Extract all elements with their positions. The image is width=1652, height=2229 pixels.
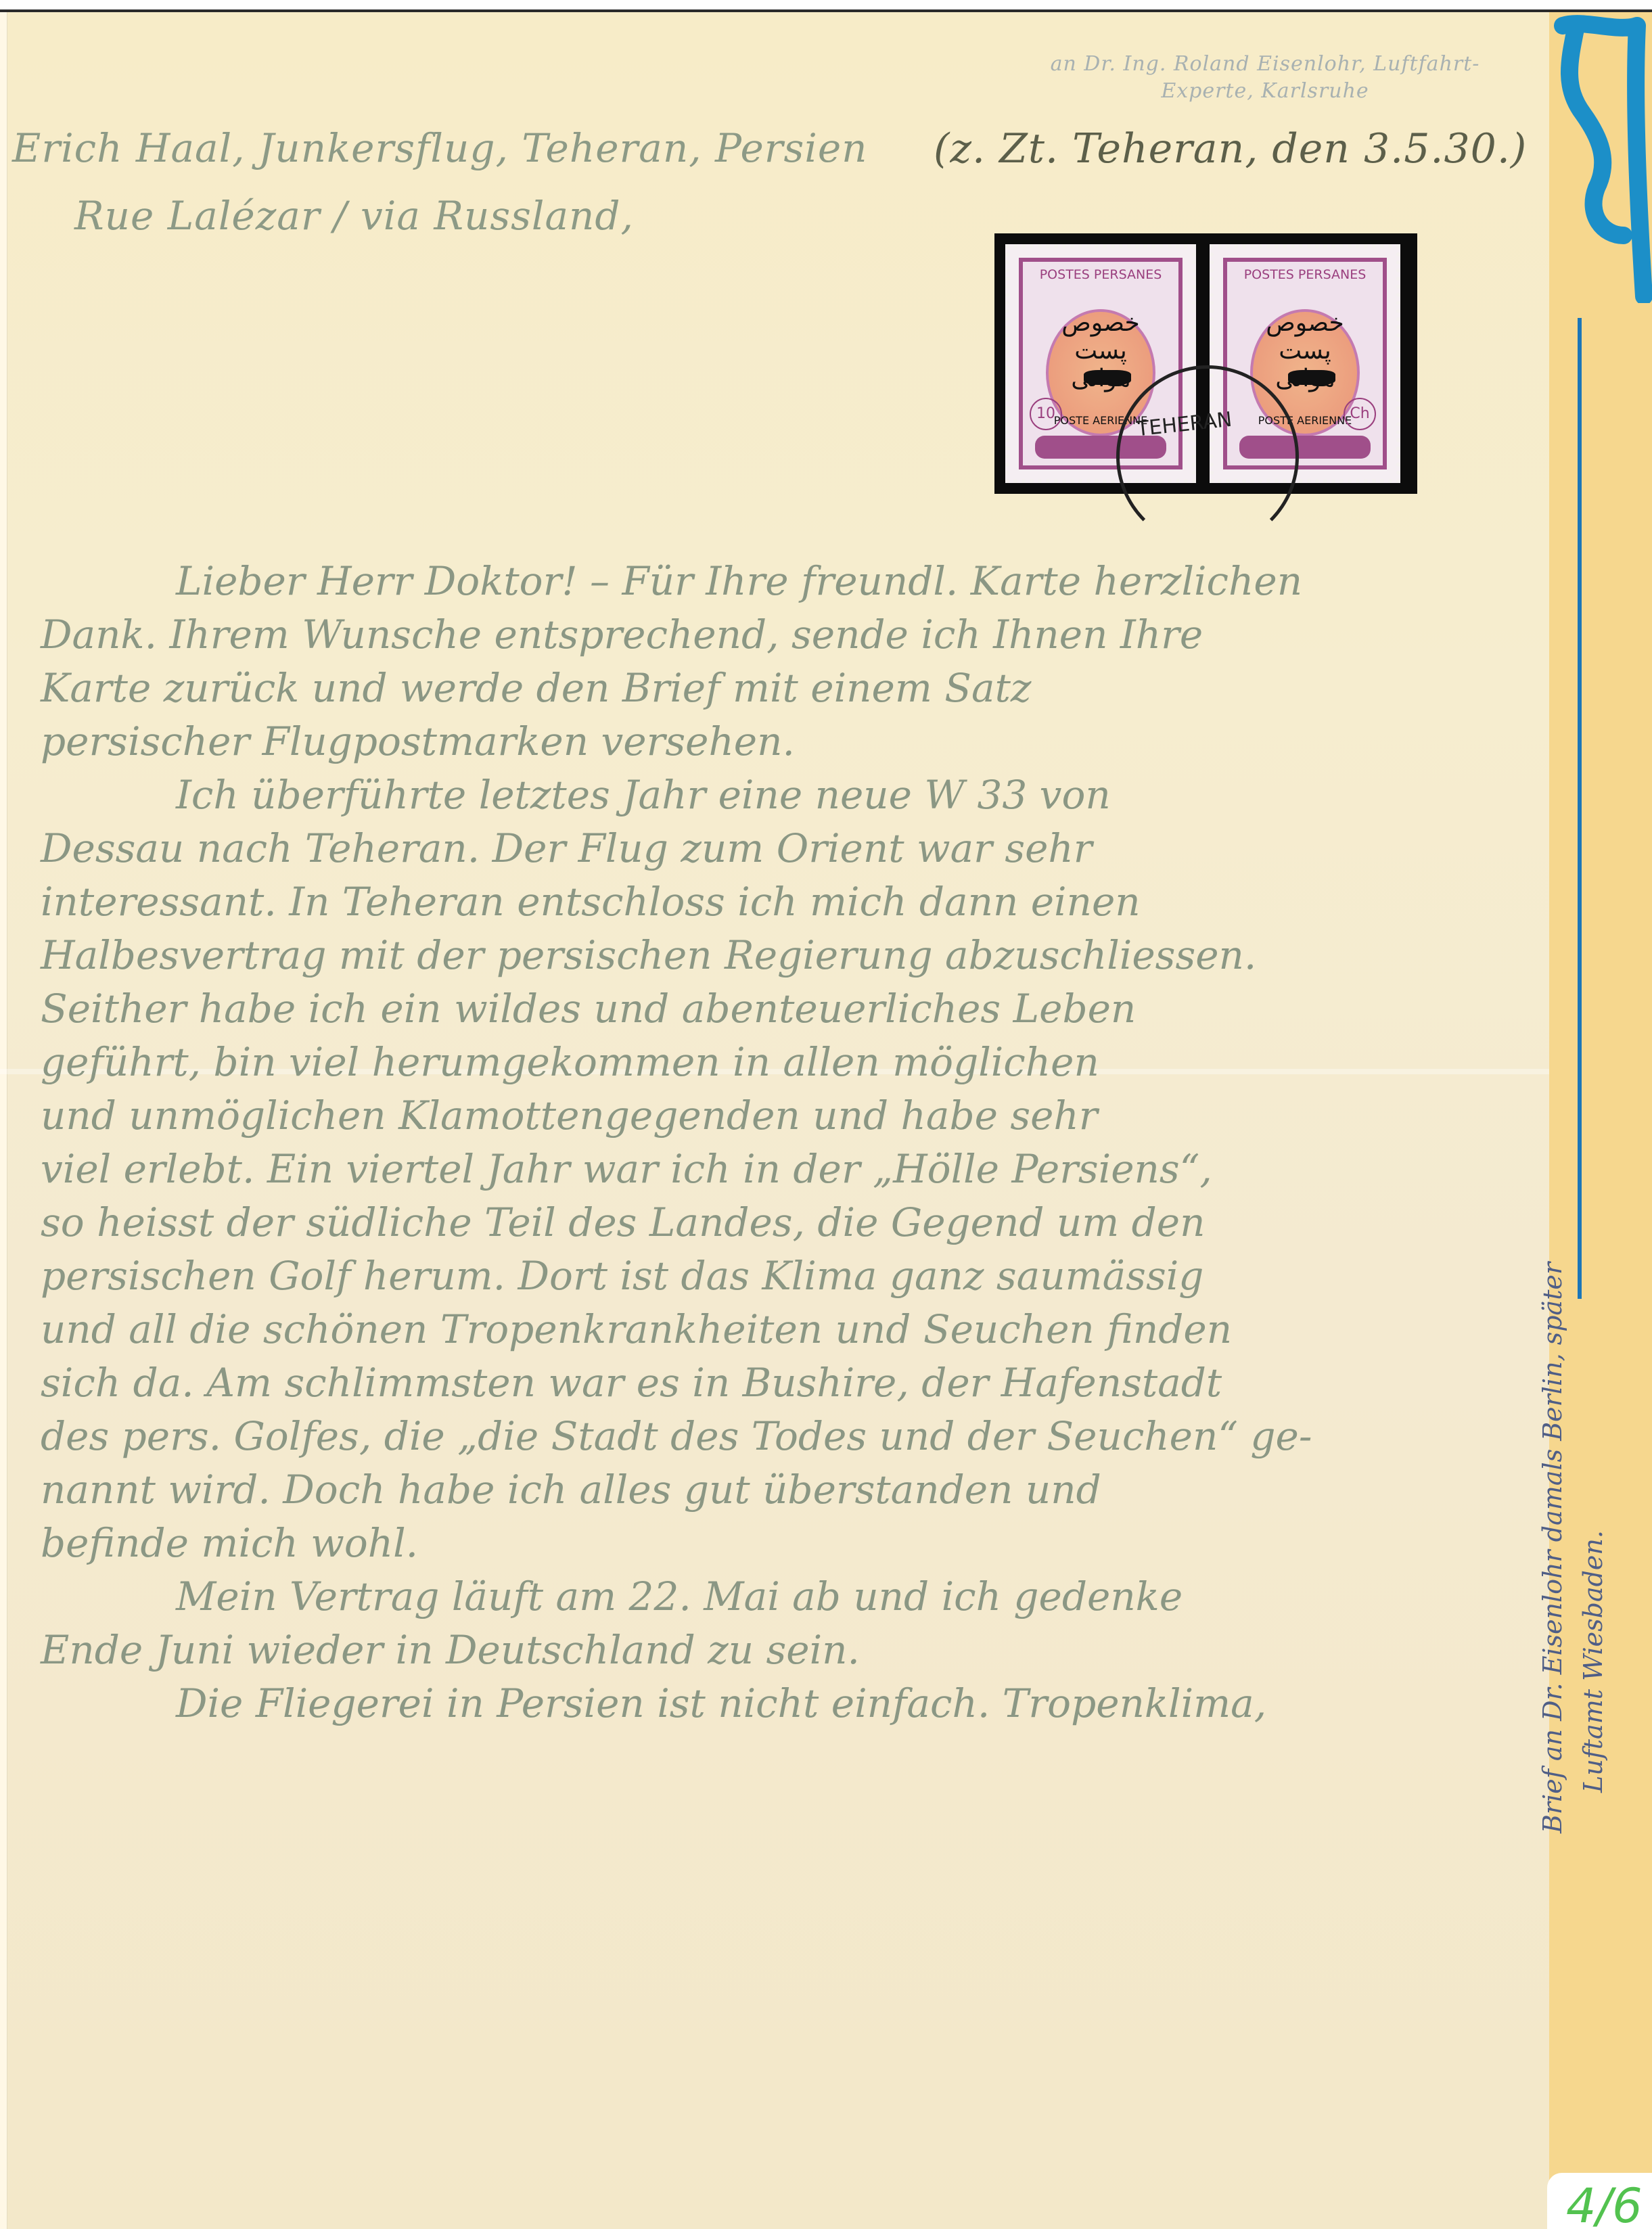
- postmark-circle-icon: [1116, 365, 1299, 548]
- blue-pencil-line: [1578, 318, 1582, 1299]
- sender-line-1: Erich Haal, Junkersflug, Teheran, Persie…: [12, 125, 868, 171]
- archival-note-line-2: Experte, Karlsruhe: [961, 78, 1569, 105]
- letter-line: persischer Flugpostmarken versehen.: [41, 715, 1529, 768]
- letter-line: persischen Golf herum. Dort ist das Klim…: [41, 1249, 1529, 1303]
- page-number-tag: 4/6: [1547, 2173, 1652, 2229]
- side-note-line-1: Brief an Dr. Eisenlohr damals Berlin, sp…: [1532, 1262, 1573, 1833]
- letter-line: Ich überführte letztes Jahr eine neue W …: [41, 768, 1529, 822]
- letter-line: viel erlebt. Ein viertel Jahr war ich in…: [41, 1143, 1529, 1196]
- letter-line: befinde mich wohl.: [41, 1517, 1529, 1570]
- letter-line: so heisst der südliche Teil des Landes, …: [41, 1196, 1529, 1249]
- paper-right-strip: [1549, 12, 1652, 2229]
- page-number: 4/6: [1566, 2178, 1643, 2229]
- letter-line: und unmöglichen Klamottengegenden und ha…: [41, 1089, 1529, 1143]
- letter-line: interessant. In Teheran entschloss ich m…: [41, 875, 1529, 929]
- letter-line: Lieber Herr Doktor! – Für Ihre freundl. …: [41, 555, 1529, 608]
- letter-line: Halbesvertrag mit der persischen Regieru…: [41, 929, 1529, 982]
- letter-line: Dessau nach Teheran. Der Flug zum Orient…: [41, 822, 1529, 875]
- letter-line: Ende Juni wieder in Deutschland zu sein.: [41, 1624, 1529, 1677]
- letter-line: Die Fliegerei in Persien ist nicht einfa…: [41, 1677, 1529, 1730]
- stamp-country-text: POSTES PERSANES: [1030, 267, 1172, 282]
- paper-left-edge: [0, 12, 7, 2229]
- archival-note-line-1: an Dr. Ing. Roland Eisenlohr, Luftfahrt-: [961, 51, 1569, 78]
- stamp-currency: Ch: [1344, 398, 1376, 430]
- letter-line: des pers. Golfes, die „die Stadt des Tod…: [41, 1410, 1529, 1463]
- letter-body: Lieber Herr Doktor! – Für Ihre freundl. …: [41, 555, 1529, 1730]
- letter-line: Dank. Ihrem Wunsche entsprechend, sende …: [41, 608, 1529, 662]
- letter-line: und all die schönen Tropenkrankheiten un…: [41, 1303, 1529, 1356]
- airplane-icon: [1084, 370, 1131, 385]
- stamp-country-text: POSTES PERSANES: [1234, 267, 1376, 282]
- letter-line: geführt, bin viel herumgekommen in allen…: [41, 1036, 1529, 1089]
- letter-line: Seither habe ich ein wildes und abenteue…: [41, 982, 1529, 1036]
- airplane-icon: [1288, 370, 1335, 385]
- side-note-line-2: Luftamt Wiesbaden.: [1573, 1262, 1613, 1833]
- stamp-value: 10: [1030, 398, 1062, 430]
- letter-line: Mein Vertrag läuft am 22. Mai ab und ich…: [41, 1570, 1529, 1624]
- letter-line: Karte zurück und werde den Brief mit ein…: [41, 662, 1529, 715]
- sender-line-2: Rue Lalézar / via Russland,: [74, 193, 634, 239]
- archival-side-note: Brief an Dr. Eisenlohr damals Berlin, sp…: [1532, 1262, 1613, 1833]
- archival-note: an Dr. Ing. Roland Eisenlohr, Luftfahrt-…: [961, 51, 1569, 105]
- letter-line: nannt wird. Doch habe ich alles gut über…: [41, 1463, 1529, 1517]
- scan-top-edge: [0, 0, 1652, 14]
- place-date: (z. Zt. Teheran, den 3.5.30.): [934, 125, 1527, 173]
- letter-line: sich da. Am schlimmsten war es in Bushir…: [41, 1356, 1529, 1410]
